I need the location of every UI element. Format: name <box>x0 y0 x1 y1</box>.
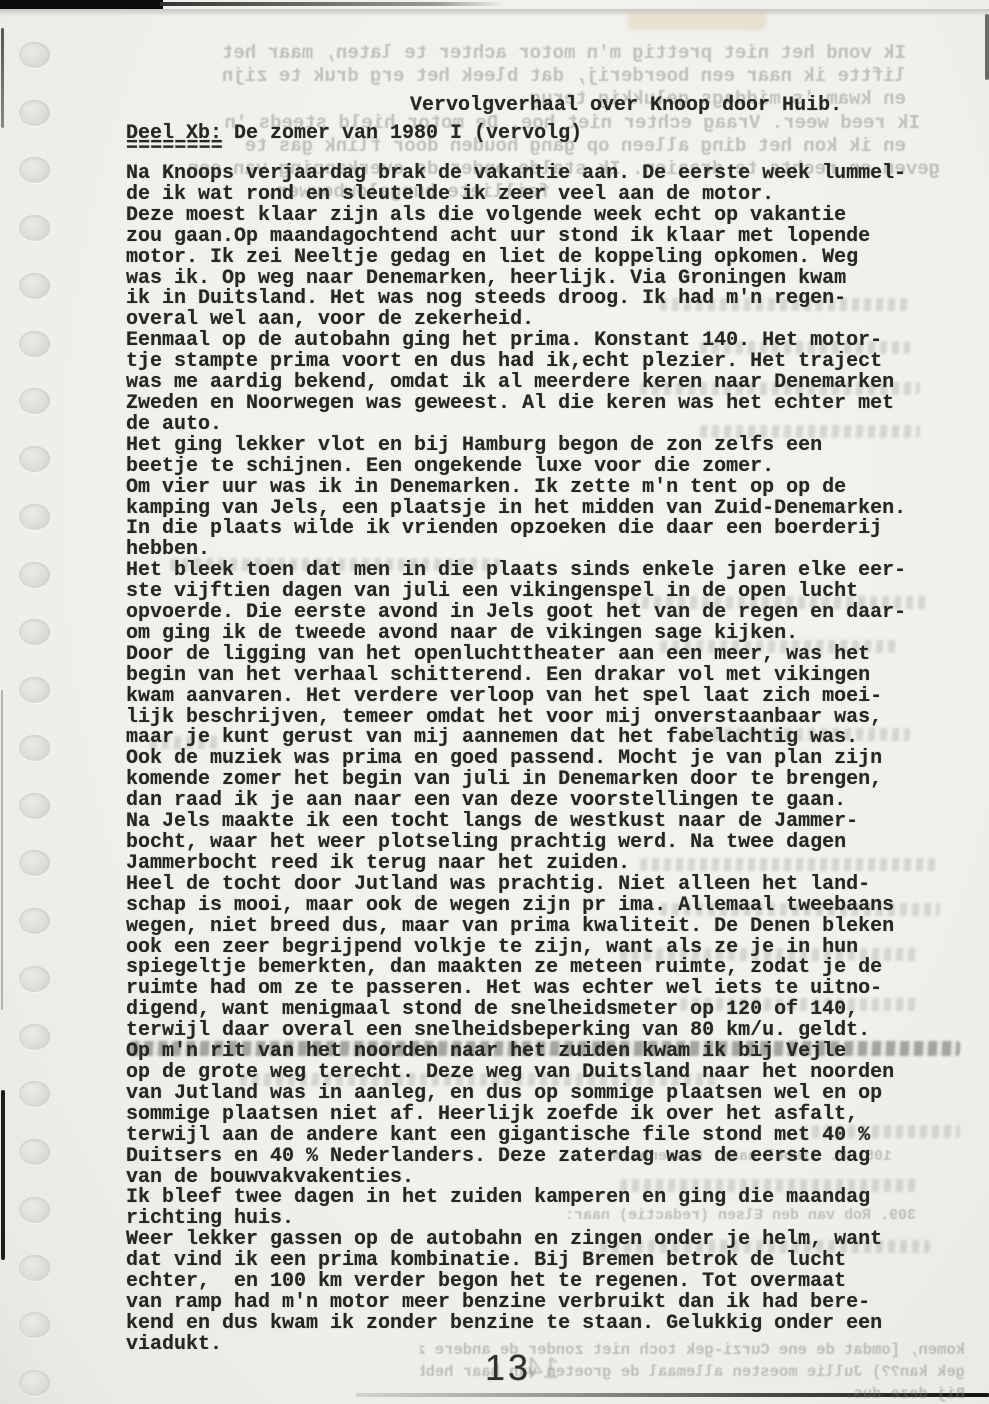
body-line: kwam aanvaren. Het verdere verloop van h… <box>126 687 946 708</box>
body-line: In die plaats wilde ik vrienden opzoeken… <box>126 519 946 540</box>
bleedthrough-text: Bij deze dus. <box>700 1385 965 1403</box>
punch-hole <box>19 504 50 530</box>
body-line: sommige plaatsen niet af. Heerlijk zoefd… <box>126 1105 946 1126</box>
punch-hole <box>19 908 50 934</box>
scanned-page: Ik vond het niet prettig m'n motor achte… <box>0 0 989 1404</box>
punch-hole <box>19 100 50 126</box>
body-line: Het bleek toen dat men in die plaats sin… <box>126 561 946 582</box>
punch-hole <box>19 331 50 357</box>
body-line: bocht, waar het weer plotseling prachtig… <box>126 833 946 854</box>
punch-hole <box>19 1139 50 1165</box>
body-line: om ging ik de tweede avond naar de vikin… <box>126 624 946 645</box>
body-line: Door de ligging van het openluchttheater… <box>126 645 946 666</box>
scan-left-edge-line <box>1 690 3 1010</box>
punch-hole <box>19 388 50 414</box>
body-line: motor. Ik zei Neeltje gedag en liet de k… <box>126 248 946 269</box>
punch-hole <box>19 793 50 819</box>
body-line: van Jutland was in aanleg, en dus op som… <box>126 1084 946 1105</box>
page-number: 13 <box>485 1347 531 1389</box>
punch-hole <box>19 735 50 761</box>
body-line: Weer lekker gassen op de autobahn en zin… <box>126 1230 946 1251</box>
bleedthrough-header-smudge <box>628 12 766 30</box>
bleedthrough-text: Ik vond het niet prettig m'n motor achte… <box>150 42 906 64</box>
punch-hole <box>19 1255 50 1281</box>
body-line: Duitsers en 40 % Nederlanders. Deze zate… <box>126 1147 946 1168</box>
body-line: Het ging lekker vlot en bij Hamburg bego… <box>126 436 946 457</box>
body-line: ste vijftien dagen van juli een vikingen… <box>126 582 946 603</box>
body-line: de ik wat rond en sleutelde ik zeer veel… <box>126 185 946 206</box>
punch-hole <box>19 1024 50 1050</box>
punch-hole <box>19 966 50 992</box>
body-line: de auto. <box>126 415 946 436</box>
scan-top-black-bar <box>0 0 163 9</box>
body-line: begin van het verhaal schitterend. Een d… <box>126 666 946 687</box>
punch-hole <box>19 619 50 645</box>
body-line: terwijl daar overal een snelheidsbeperki… <box>126 1021 946 1042</box>
punch-hole <box>19 562 50 588</box>
article-title: Vervolgverhaal over Knoop door Huib. <box>410 94 842 117</box>
scan-top-edge-shadow <box>0 9 989 16</box>
body-line: was me aardig bekend, omdat ik al meerde… <box>126 373 946 394</box>
body-line: beetje te schijnen. Een ongekende luxe v… <box>126 457 946 478</box>
body-line: van ramp had m'n motor meer benzine verb… <box>126 1293 946 1314</box>
body-line: Heel de tocht door Jutland was prachtig.… <box>126 875 946 896</box>
body-line: Zweden en Noorwegen was geweest. Al die … <box>126 394 946 415</box>
body-line: op de grote weg terecht. Deze weg van Du… <box>126 1063 946 1084</box>
body-line: viadukt. <box>126 1335 946 1356</box>
body-line: kend en dus kwam ik zonder benzine te st… <box>126 1314 946 1335</box>
body-line: dat vind ik een prima kombinatie. Bij Br… <box>126 1251 946 1272</box>
body-line: opvoerde. Die eerste avond in Jels goot … <box>126 603 946 624</box>
body-line: echter, en 100 km verder begon het te re… <box>126 1272 946 1293</box>
body-line: dan raad ik je aan naar een van deze voo… <box>126 791 946 812</box>
article-body: Na Knoops verjaardag brak de vakantie aa… <box>126 164 946 1356</box>
body-line: Jammerbocht reed ik terug naar het zuide… <box>126 854 946 875</box>
scan-top-edge-line <box>160 2 505 6</box>
body-line: Deze moest klaar zijn als die volgende w… <box>126 206 946 227</box>
punch-hole <box>19 1197 50 1223</box>
punch-hole <box>19 273 50 299</box>
scan-left-edge-line <box>1 28 4 128</box>
punch-hole <box>19 1370 50 1396</box>
heading-underline: ======== <box>126 135 223 158</box>
scan-left-edge-line <box>1 1090 5 1260</box>
punch-hole <box>19 446 50 472</box>
punch-hole <box>19 1312 50 1338</box>
body-line: terwijl aan de andere kant een gigantisc… <box>126 1126 946 1147</box>
punch-hole <box>19 677 50 703</box>
punch-hole <box>19 215 50 241</box>
punch-hole <box>19 157 50 183</box>
punch-hole <box>19 1081 50 1107</box>
body-line: tje stampte prima voort en dus had ik,ec… <box>126 352 946 373</box>
punch-hole <box>19 42 50 68</box>
body-line: zou gaan.Op maandagochtend acht uur ston… <box>126 227 946 248</box>
bleedthrough-text: liftte ik naar een boerderij, dat bleek … <box>150 65 906 87</box>
scan-right-edge-mark <box>985 14 989 80</box>
body-line: Om vier uur was ik in Denemarken. Ik zet… <box>126 478 946 499</box>
body-line: Na Jels maakte ik een tocht langs de wes… <box>126 812 946 833</box>
body-line: Na Knoops verjaardag brak de vakantie aa… <box>126 164 946 185</box>
body-line: Op m'n rit van het noorden naar het zuid… <box>126 1042 946 1063</box>
body-line: schap is mooi, maar ook de wegen zijn pr… <box>126 896 946 917</box>
punch-hole <box>19 850 50 876</box>
body-line: wegen, niet breed dus, maar van prima kw… <box>126 917 946 938</box>
